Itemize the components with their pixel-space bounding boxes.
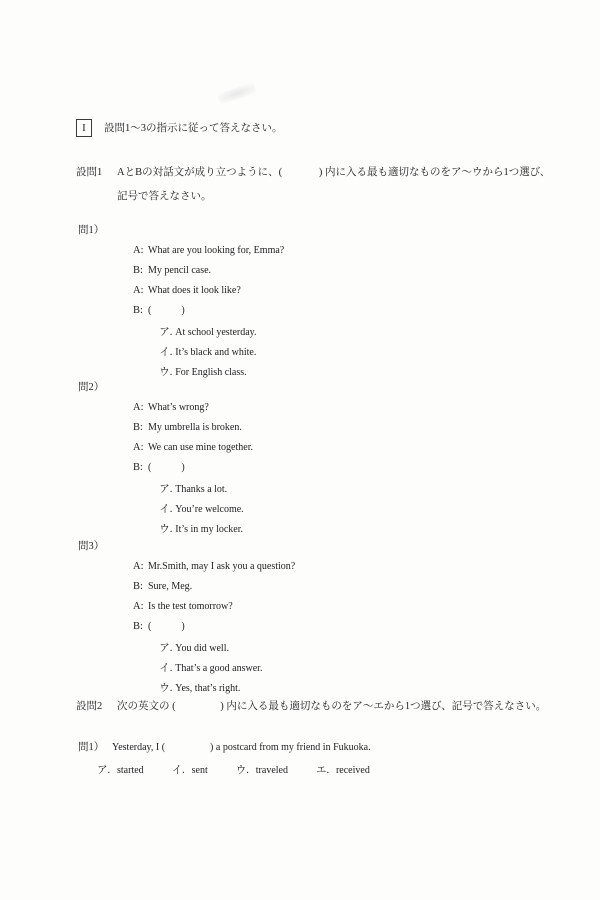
choice-mark: イ.	[159, 343, 175, 363]
speaker-label: A:	[133, 597, 148, 617]
speaker-label: B:	[133, 617, 148, 637]
setsumon2-label: 設問2	[76, 697, 117, 717]
choice-text: received	[336, 765, 370, 776]
dialog-text: My umbrella is broken.	[148, 422, 242, 433]
choice-mark: イ.	[159, 500, 175, 520]
choice-text: That’s a good answer.	[175, 663, 262, 674]
choice-mark: ウ.	[159, 679, 175, 699]
sentence-with-blank: Yesterday, I ( ) a postcard from my frie…	[112, 738, 398, 758]
choice-mark: ア.	[159, 323, 175, 343]
dialog-text: My pencil case.	[148, 265, 211, 276]
question-label: 問2）	[78, 378, 112, 520]
choice-mark: ア.	[97, 761, 117, 781]
setsumon2-block: 設問2 次の英文の ( ) 内に入る最も適切なものをア～エから1つ選び、記号で答…	[76, 697, 546, 717]
scan-smudge	[217, 82, 257, 104]
setsumon1-instruction-line2: 記号で答えなさい。	[117, 185, 550, 209]
dialog-text: Sure, Meg.	[148, 581, 192, 592]
section-instruction: 設問1～3の指示に従って答えなさい。	[104, 120, 283, 137]
speaker-label: A:	[133, 438, 148, 458]
dialog-line: A:What are you looking for, Emma?	[112, 221, 284, 241]
speaker-label: A:	[133, 557, 148, 577]
blank-parentheses: ( )	[148, 305, 185, 316]
choice-text: It’s in my locker.	[175, 524, 243, 535]
speaker-label: A:	[133, 281, 148, 301]
dialog-text: What does it look like?	[148, 285, 241, 296]
choice-item: ア.started	[97, 761, 144, 781]
question-label: 問1）	[78, 221, 112, 363]
choice-mark: ウ.	[236, 761, 256, 781]
dialog-text: We can use mine together.	[148, 442, 253, 453]
exam-page: I 設問1～3の指示に従って答えなさい。 設問1 AとBの対話文が成り立つように…	[0, 0, 600, 900]
setsumon1-label: 設問1	[76, 161, 117, 209]
choice-text: sent	[192, 765, 208, 776]
speaker-label: B:	[133, 418, 148, 438]
choice-mark: イ.	[172, 761, 192, 781]
choice-row: ア.started イ.sent ウ.traveled エ.received	[97, 761, 398, 781]
speaker-label: B:	[133, 577, 148, 597]
blank-parentheses: ( )	[148, 462, 185, 473]
speaker-label: B:	[133, 261, 148, 281]
blank-parentheses: ( )	[148, 621, 185, 632]
choice-text: You’re welcome.	[175, 504, 243, 515]
choice-item: イ.sent	[172, 761, 208, 781]
choice-mark: エ.	[316, 761, 336, 781]
choice-item: エ.received	[316, 761, 370, 781]
choice-mark: ア.	[159, 480, 175, 500]
dialog-text: Is the test tomorrow?	[148, 601, 233, 612]
choice-text: You did well.	[175, 643, 229, 654]
choice-item: ウ.traveled	[236, 761, 288, 781]
choice-mark: ア.	[159, 639, 175, 659]
question-label: 問3）	[78, 537, 112, 679]
question-block-3: 問3） A:Mr.Smith, may I ask you a question…	[78, 537, 295, 679]
choice-text: Yes, that’s right.	[175, 683, 240, 694]
setsumon1-block: 設問1 AとBの対話文が成り立つように、( ) 内に入る最も適切なものをア～ウか…	[76, 161, 550, 209]
question-block-1: 問1） A:What are you looking for, Emma? B:…	[78, 221, 284, 363]
speaker-label: A:	[133, 398, 148, 418]
setsumon1-instruction-line1: AとBの対話文が成り立つように、( ) 内に入る最も適切なものをア～ウから1つ選…	[117, 161, 550, 185]
choice-text: At school yesterday.	[175, 327, 256, 338]
speaker-label: A:	[133, 241, 148, 261]
choice-text: For English class.	[175, 367, 246, 378]
question-block-s2-1: 問1） Yesterday, I ( ) a postcard from my …	[78, 738, 398, 781]
choice-text: Thanks a lot.	[175, 484, 227, 495]
section-number-box: I	[76, 119, 92, 137]
dialog-line: A:Mr.Smith, may I ask you a question?	[112, 537, 295, 557]
choice-text: traveled	[256, 765, 288, 776]
question-block-2: 問2） A:What’s wrong? B:My umbrella is bro…	[78, 378, 253, 520]
speaker-label: B:	[133, 301, 148, 321]
setsumon1-instruction: AとBの対話文が成り立つように、( ) 内に入る最も適切なものをア～ウから1つ選…	[117, 161, 550, 209]
setsumon2-instruction: 次の英文の ( ) 内に入る最も適切なものをア～エから1つ選び、記号で答えなさい…	[117, 697, 546, 717]
speaker-label: B:	[133, 458, 148, 478]
choice-text: started	[117, 765, 144, 776]
dialog-line: A:What’s wrong?	[112, 378, 253, 398]
choice-mark: イ.	[159, 659, 175, 679]
choice-text: It’s black and white.	[175, 347, 256, 358]
dialog-text: What are you looking for, Emma?	[148, 245, 284, 256]
section-header: I 設問1～3の指示に従って答えなさい。	[76, 119, 283, 137]
dialog-text: Mr.Smith, may I ask you a question?	[148, 561, 295, 572]
dialog-text: What’s wrong?	[148, 402, 209, 413]
